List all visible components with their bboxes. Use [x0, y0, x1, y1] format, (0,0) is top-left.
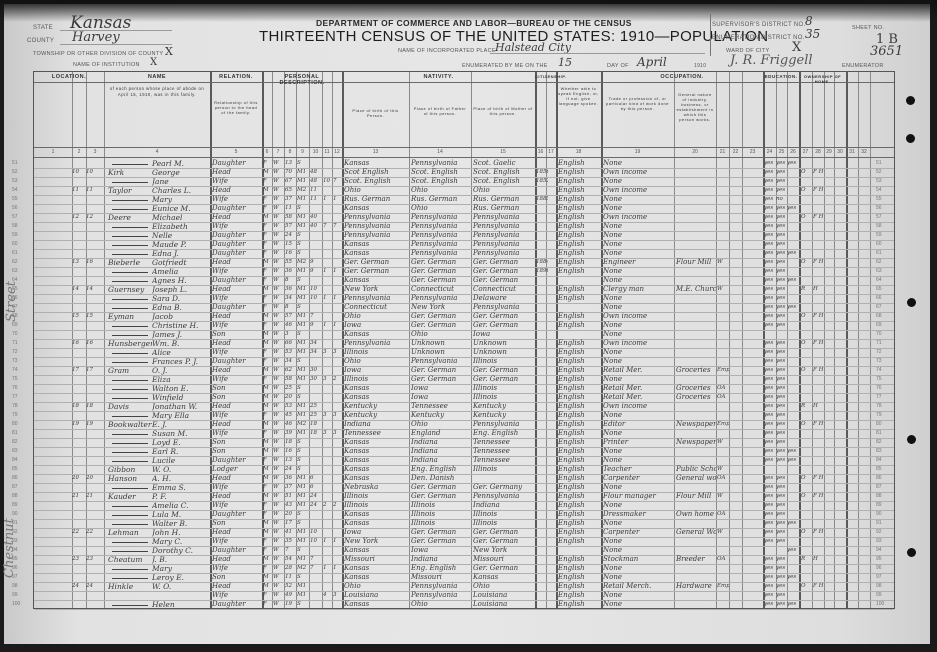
birthplace: Kansas — [344, 600, 409, 609]
line-number: 73 — [876, 358, 882, 364]
sex: F — [263, 411, 273, 420]
race: W — [273, 510, 284, 519]
immigration-year: 1896 — [536, 267, 548, 276]
employer-status — [717, 429, 729, 438]
owned-rented — [801, 519, 813, 528]
relation: Daughter — [212, 600, 262, 609]
county-underline — [60, 44, 172, 45]
employer-status — [717, 483, 729, 492]
mother-birthplace: Ger. German — [473, 537, 535, 546]
race: W — [273, 357, 284, 366]
owned-rented: O — [801, 339, 813, 348]
line-number: 90 — [12, 511, 18, 517]
birthplace: Kansas — [344, 519, 409, 528]
dwelling-number: 10 — [72, 168, 86, 177]
children-born — [323, 339, 332, 348]
enumerator-signature: J. R. Friggell — [730, 53, 813, 68]
race: W — [273, 555, 284, 564]
surname: Lehman — [108, 528, 152, 537]
employer-status — [717, 357, 729, 366]
place-underline — [490, 53, 705, 54]
owned-rented — [801, 438, 813, 447]
immigration-year — [536, 591, 548, 600]
line-number: 82 — [12, 439, 18, 445]
relation: Daughter — [212, 303, 262, 312]
attended-school: yes — [787, 573, 799, 582]
line-number: 61 — [876, 250, 882, 256]
farm-or-house — [813, 429, 824, 438]
owned-rented — [801, 330, 813, 339]
can-read: yes — [764, 249, 776, 258]
immigration-year — [536, 375, 548, 384]
birthplace: Missouri — [344, 555, 409, 564]
family-number — [86, 591, 104, 600]
line-number: 82 — [876, 439, 882, 445]
relation: Daughter — [212, 510, 262, 519]
children-living: 1 — [333, 564, 342, 573]
mother-birthplace: Scot. Gaelic — [473, 159, 535, 168]
marital-status: S — [297, 159, 310, 168]
marital-status: M1 — [297, 411, 310, 420]
line-number: 68 — [876, 313, 882, 319]
can-read: yes — [764, 447, 776, 456]
immigration-year — [536, 411, 548, 420]
immigration-year — [536, 393, 548, 402]
family-number — [86, 159, 104, 168]
attended-school — [787, 321, 799, 330]
sex: M — [263, 402, 273, 411]
immigration-year — [536, 420, 548, 429]
race: W — [273, 600, 284, 609]
dwelling-number: 15 — [72, 312, 86, 321]
children-born — [323, 312, 332, 321]
table-row: 7272AliceWifeFW53M13433IllinoisUnknownUn… — [34, 348, 894, 357]
years-married: 24 — [310, 501, 322, 510]
surname — [108, 456, 152, 465]
header-rule — [34, 157, 894, 158]
age: 62 — [285, 366, 297, 375]
can-read: yes — [764, 357, 776, 366]
years-married: 7 — [310, 555, 322, 564]
industry: General Work — [676, 528, 716, 537]
surname: Davis — [108, 402, 152, 411]
children-living — [333, 483, 342, 492]
can-read: yes — [764, 564, 776, 573]
can-write: yes — [776, 510, 787, 519]
years-married — [310, 240, 322, 249]
years-married: 18 — [310, 429, 322, 438]
years-married: 11 — [310, 195, 322, 204]
institution-value: X — [150, 57, 157, 68]
family-number — [86, 447, 104, 456]
industry — [676, 348, 716, 357]
children-born — [323, 285, 332, 294]
marital-status: S — [297, 519, 310, 528]
dwelling-number: 16 — [72, 339, 86, 348]
punch-hole — [906, 134, 915, 143]
race: W — [273, 582, 284, 591]
race: W — [273, 519, 284, 528]
birthplace: Nebraska — [344, 483, 409, 492]
line-number: 88 — [12, 493, 18, 499]
family-number — [86, 501, 104, 510]
children-living — [333, 303, 342, 312]
language — [558, 330, 601, 339]
mother-birthplace — [473, 474, 535, 483]
surname — [108, 537, 152, 546]
industry: Flour Mill — [676, 258, 716, 267]
race: W — [273, 537, 284, 546]
employer-status — [717, 411, 729, 420]
father-birthplace: Indiana — [411, 447, 471, 456]
sex: F — [263, 501, 273, 510]
years-married — [310, 276, 322, 285]
marital-status: M2 — [297, 258, 310, 267]
relation: Wife — [212, 429, 262, 438]
farm-or-house — [813, 267, 824, 276]
children-born — [323, 555, 332, 564]
family-number — [86, 600, 104, 609]
column-number: 29 — [824, 149, 834, 155]
given-name — [152, 591, 210, 600]
birthplace: Kansas — [344, 276, 409, 285]
can-read: yes — [764, 240, 776, 249]
owned-rented — [801, 393, 813, 402]
marital-status: M1 — [297, 348, 310, 357]
race: W — [273, 213, 284, 222]
employer-status — [717, 276, 729, 285]
surname — [108, 321, 152, 330]
given-name: Mary Ella — [152, 411, 210, 420]
can-read: yes — [764, 555, 776, 564]
punch-hole — [907, 298, 916, 307]
marital-status: M1 — [297, 555, 310, 564]
marital-status: M1 — [297, 483, 310, 492]
birthplace: Pennsylvania — [344, 213, 409, 222]
heading-ownership: OWNERSHIP OF HOME. — [799, 74, 846, 84]
table-row: 92922222LehmanJohn H.HeadMW41M110IowaGer… — [34, 528, 894, 537]
race: W — [273, 195, 284, 204]
family-number: 17 — [86, 366, 104, 375]
children-living — [333, 555, 342, 564]
children-living — [333, 420, 342, 429]
dwelling-number: 24 — [72, 582, 86, 591]
father-birthplace: Pennsylvania — [411, 357, 471, 366]
can-write: yes — [776, 537, 787, 546]
dwelling-number — [72, 240, 86, 249]
occupation: None — [603, 357, 674, 366]
language: English — [558, 240, 601, 249]
language: English — [558, 357, 601, 366]
can-read: yes — [764, 474, 776, 483]
father-birthplace: Ohio — [411, 420, 471, 429]
relation: Daughter — [212, 546, 262, 555]
industry — [676, 339, 716, 348]
employer-status — [717, 546, 729, 555]
language: English — [558, 258, 601, 267]
language: English — [558, 393, 601, 402]
occupation: Own income — [603, 186, 674, 195]
marital-status: M1 — [297, 267, 310, 276]
attended-school — [787, 555, 799, 564]
mother-birthplace: Illinois — [473, 357, 535, 366]
line-number: 100 — [876, 601, 884, 607]
employer-status: Emp — [717, 420, 729, 429]
attended-school — [787, 411, 799, 420]
farm-or-house — [813, 438, 824, 447]
language: English — [558, 285, 601, 294]
heading-name: NAME — [104, 74, 210, 80]
owned-rented — [801, 348, 813, 357]
relation: Daughter — [212, 249, 262, 258]
industry — [676, 330, 716, 339]
farm-or-house — [813, 195, 824, 204]
owned-rented: O — [801, 492, 813, 501]
employer-status — [717, 564, 729, 573]
family-number — [86, 303, 104, 312]
dwelling-number — [72, 222, 86, 231]
sex: M — [263, 465, 273, 474]
years-married — [310, 582, 322, 591]
sex: F — [263, 159, 273, 168]
race: W — [273, 483, 284, 492]
employer-status — [717, 537, 729, 546]
birthplace: Illinois — [344, 375, 409, 384]
occupation: None — [603, 330, 674, 339]
years-married — [310, 204, 322, 213]
can-write: yes — [776, 420, 787, 429]
can-write: yes — [776, 366, 787, 375]
sex: F — [263, 483, 273, 492]
immigration-year — [536, 294, 548, 303]
owned-rented — [801, 249, 813, 258]
can-write: yes — [776, 177, 787, 186]
years-married: 48 — [310, 168, 322, 177]
dwelling-number — [72, 276, 86, 285]
race: W — [273, 249, 284, 258]
can-read: yes — [764, 186, 776, 195]
birthplace: Kansas — [344, 204, 409, 213]
family-number: 16 — [86, 339, 104, 348]
day-of-label: day of — [607, 63, 629, 69]
birthplace: Kansas — [344, 573, 409, 582]
can-read: yes — [764, 258, 776, 267]
language: English — [558, 177, 601, 186]
children-living — [333, 285, 342, 294]
children-born: 1 — [323, 537, 332, 546]
table-row: 62621316BieberleGotfriedtHeadMW55M29Ger.… — [34, 258, 894, 267]
employer-status — [717, 348, 729, 357]
farm-or-house — [813, 231, 824, 240]
children-born — [323, 546, 332, 555]
owned-rented — [801, 447, 813, 456]
can-write: yes — [776, 168, 787, 177]
birthplace: Pennsylvania — [344, 231, 409, 240]
employer-status — [717, 375, 729, 384]
children-born — [323, 573, 332, 582]
industry — [676, 204, 716, 213]
table-row: 54541111TaylorCharles L.HeadMW65M211Ohio… — [34, 186, 894, 195]
table-row: 6363AmeliaWifeFW36M1911Ger. GermanGer. G… — [34, 267, 894, 276]
line-number: 78 — [876, 403, 882, 409]
father-birthplace: Pennsylvania — [411, 294, 471, 303]
can-read: yes — [764, 537, 776, 546]
farm-or-house — [813, 573, 824, 582]
marital-status: M1 — [297, 582, 310, 591]
immigration-year — [536, 213, 548, 222]
table-row: 86862020HansonA. H.HeadMW36M16KansasDen.… — [34, 474, 894, 483]
language: English — [558, 519, 601, 528]
occupation: None — [603, 303, 674, 312]
father-birthplace: Ger. German — [411, 258, 471, 267]
race: W — [273, 411, 284, 420]
occupation: None — [603, 276, 674, 285]
relation: Wife — [212, 222, 262, 231]
language: English — [558, 348, 601, 357]
sheet-label: Sheet No. — [852, 25, 884, 31]
age: 58 — [285, 213, 297, 222]
years-married — [310, 456, 322, 465]
can-read: yes — [764, 339, 776, 348]
years-married: 6 — [310, 483, 322, 492]
occupation: Printer — [603, 438, 674, 447]
race: W — [273, 294, 284, 303]
can-write: no — [776, 195, 787, 204]
dwelling-number: 18 — [72, 402, 86, 411]
relation: Head — [212, 258, 262, 267]
employer-status: Emp — [717, 582, 729, 591]
father-birthplace: Pennsylvania — [411, 240, 471, 249]
language: English — [558, 294, 601, 303]
employer-status — [717, 159, 729, 168]
attended-school — [787, 492, 799, 501]
sex: M — [263, 168, 273, 177]
sex: F — [263, 195, 273, 204]
father-birthplace: Ger. German — [411, 483, 471, 492]
line-number: 52 — [876, 169, 882, 175]
immigration-year — [536, 537, 548, 546]
can-read: yes — [764, 177, 776, 186]
township-label: Township or other division of county — [33, 51, 163, 57]
father-birthplace: Ohio — [411, 330, 471, 339]
employer-status — [717, 168, 729, 177]
enumerated-day: 15 — [558, 56, 572, 69]
sex: M — [263, 528, 273, 537]
children-living: 2 — [333, 501, 342, 510]
attended-school — [787, 366, 799, 375]
column-number: 7 — [272, 149, 284, 155]
age: 3 — [285, 330, 297, 339]
age: 46 — [285, 420, 297, 429]
dwelling-number — [72, 438, 86, 447]
family-number — [86, 276, 104, 285]
can-write — [776, 546, 787, 555]
attended-school — [787, 528, 799, 537]
can-write: yes — [776, 582, 787, 591]
family-number — [86, 240, 104, 249]
marital-status: M1 — [297, 177, 310, 186]
given-name: Eunice M. — [152, 204, 210, 213]
family-number — [86, 483, 104, 492]
mother-birthplace: Ger. German — [473, 528, 535, 537]
father-birthplace: Pennsylvania — [411, 591, 471, 600]
can-write: yes — [776, 276, 787, 285]
age: 51 — [285, 492, 297, 501]
marital-status: M1 — [297, 375, 310, 384]
family-number — [86, 348, 104, 357]
attended-school — [787, 375, 799, 384]
line-number: 74 — [12, 367, 18, 373]
column-number: 22 — [729, 149, 742, 155]
mother-birthplace: Illinois — [473, 519, 535, 528]
relation: Head — [212, 339, 262, 348]
state-label: State — [33, 25, 53, 31]
given-name: Amelia — [152, 267, 210, 276]
surname — [108, 384, 152, 393]
surname: Bieberle — [108, 258, 152, 267]
supervisor-district-value: 8 — [805, 14, 813, 28]
surname — [108, 159, 152, 168]
language: English — [558, 492, 601, 501]
mother-birthplace: Ger. German — [473, 321, 535, 330]
language: English — [558, 600, 601, 609]
family-number: 22 — [86, 528, 104, 537]
given-name: Jacob — [152, 312, 210, 321]
owned-rented — [801, 276, 813, 285]
line-number: 96 — [876, 565, 882, 571]
line-number: 77 — [876, 394, 882, 400]
dwelling-number — [72, 195, 86, 204]
attended-school: yes — [787, 600, 799, 609]
language: English — [558, 456, 601, 465]
family-number: 11 — [86, 186, 104, 195]
marital-status: M2 — [297, 420, 310, 429]
employer-status: OA — [717, 384, 729, 393]
relation: Wife — [212, 375, 262, 384]
line-number: 81 — [876, 430, 882, 436]
can-write: yes — [776, 474, 787, 483]
can-read: yes — [764, 456, 776, 465]
birthplace: Ohio — [344, 582, 409, 591]
attended-school — [787, 285, 799, 294]
employer-status — [717, 312, 729, 321]
employer-status — [717, 447, 729, 456]
sex: M — [263, 366, 273, 375]
farm-or-house: F H — [813, 528, 824, 537]
family-number — [86, 429, 104, 438]
line-number: 56 — [876, 205, 882, 211]
line-number: 64 — [876, 277, 882, 283]
can-write: yes — [776, 564, 787, 573]
line-number: 57 — [12, 214, 18, 220]
line-number: 55 — [876, 196, 882, 202]
family-number — [86, 438, 104, 447]
attended-school — [787, 294, 799, 303]
employer-status: W — [717, 528, 729, 537]
sex: M — [263, 519, 273, 528]
years-married: 34 — [310, 348, 322, 357]
ward-label: Ward of city — [726, 48, 769, 54]
given-name: Alice — [152, 348, 210, 357]
surname — [108, 303, 152, 312]
language: English — [558, 384, 601, 393]
column-number: 19 — [601, 149, 674, 155]
sex: F — [263, 456, 273, 465]
immigration-year — [536, 276, 548, 285]
line-number: 98 — [876, 583, 882, 589]
marital-status: S — [297, 456, 310, 465]
surname: Hunsberger — [108, 339, 152, 348]
